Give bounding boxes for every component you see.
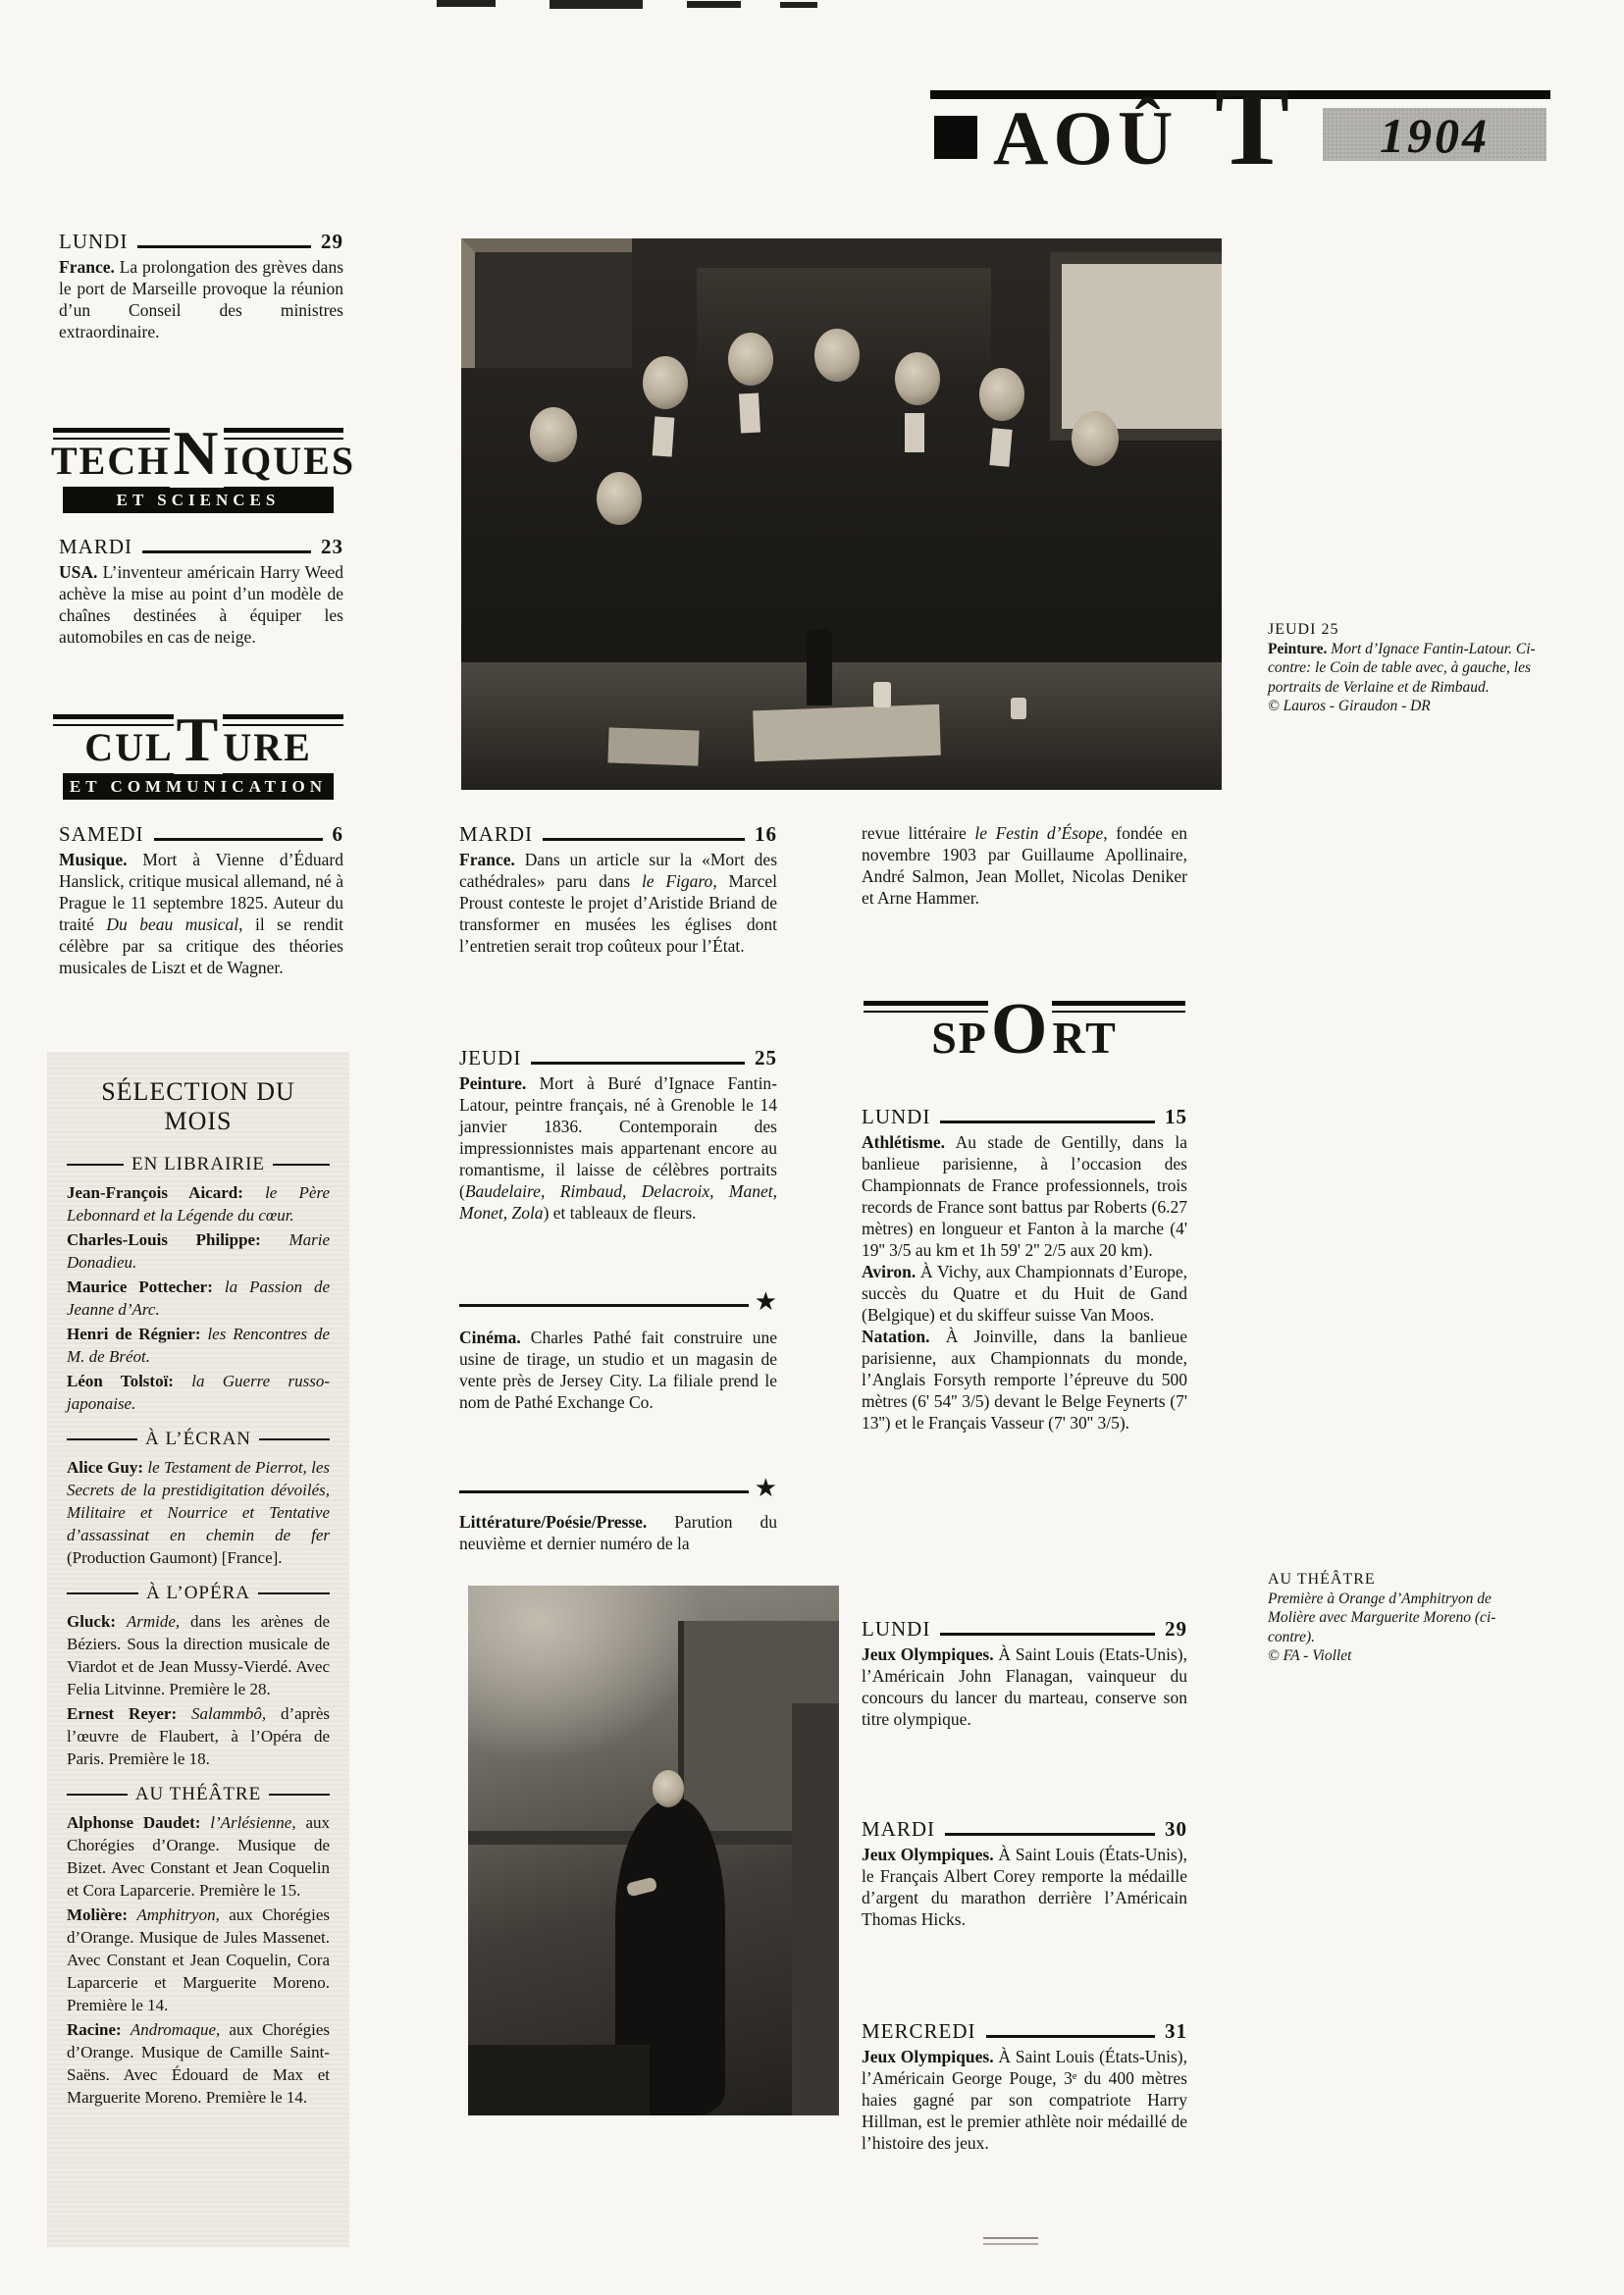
day-label: MARDI — [459, 822, 533, 846]
day-rule — [940, 1633, 1155, 1636]
entry-mardi-23: MARDI 23 USA. L’inventeur américain Harr… — [59, 535, 343, 648]
star-icon: ★ — [755, 1476, 777, 1501]
star-divider: ★ — [459, 1289, 777, 1315]
list-item: Henri de Régnier: les Rencontres de M. d… — [67, 1323, 330, 1368]
day-label: LUNDI — [862, 1105, 930, 1128]
photo-figure — [530, 407, 577, 462]
entry-header: SAMEDI 6 — [59, 822, 343, 846]
photo-figure — [1072, 411, 1119, 466]
entry-lundi-15: LUNDI 15 Athlétisme. Au stade de Gentill… — [862, 1105, 1187, 1434]
section-header-culture: CULTURE ET COMMUNICATION — [51, 697, 345, 800]
entry-text: Aviron. À Vichy, aux Championnats d’Euro… — [862, 1261, 1187, 1326]
day-number: 23 — [321, 535, 343, 558]
books-on-table — [753, 704, 941, 762]
scan-artifact — [437, 0, 496, 7]
shirt-front — [905, 413, 924, 452]
photo-figure — [643, 356, 688, 409]
entry-header: MARDI 16 — [459, 822, 777, 846]
subsection-header-ecran: À L’ÉCRAN — [67, 1429, 330, 1450]
entry-mardi-16: MARDI 16 France. Dans un article sur la … — [459, 822, 777, 957]
shirt-front — [739, 393, 760, 434]
list-item: Ernest Reyer: Salammbô, d’après l’œuvre … — [67, 1702, 330, 1770]
month-square-bullet — [934, 116, 977, 159]
photo-credit: © FA - Viollet — [1268, 1646, 1543, 1666]
list-item: Léon Tolstoï: la Guerre russo-japonaise. — [67, 1370, 330, 1415]
divider-rule — [459, 1490, 749, 1493]
bottle — [807, 629, 832, 705]
photo-amphitryon-orange — [468, 1586, 839, 2115]
day-rule — [531, 1062, 745, 1065]
entry-text: Littérature/Poésie/Presse. Parution du n… — [459, 1511, 777, 1554]
section-title: CULTURE — [51, 697, 345, 767]
entry-text: Natation. À Joinville, dans la banlieue … — [862, 1326, 1187, 1434]
day-rule — [940, 1121, 1155, 1123]
entry-mercredi-31: MERCREDI 31 Jeux Olympiques. À Saint Lou… — [862, 2019, 1187, 2154]
scan-artifact — [780, 2, 817, 8]
list-item: Racine: Andromaque, aux Chorégies d’Oran… — [67, 2018, 330, 2109]
section-title: TECHNIQUES — [51, 410, 345, 481]
year-badge: 1904 — [1323, 108, 1546, 161]
section-title: SPORT — [862, 983, 1187, 1061]
day-number: 16 — [755, 822, 777, 846]
day-label: MERCREDI — [862, 2019, 976, 2043]
section-subtitle-bar: ET SCIENCES — [63, 487, 334, 513]
entry-text: France. La prolongation des grèves dans … — [59, 256, 343, 342]
day-label: JEUDI — [459, 1046, 521, 1069]
entry-samedi-6: SAMEDI 6 Musique. Mort à Vienne d’Éduard… — [59, 822, 343, 978]
photo-figure — [895, 352, 940, 405]
day-rule — [154, 838, 323, 841]
day-number: 25 — [755, 1046, 777, 1069]
list-item: Maurice Pottecher: la Passion de Jeanne … — [67, 1276, 330, 1321]
selection-title: SÉLECTION DU MOIS — [67, 1077, 330, 1136]
day-rule — [945, 1833, 1155, 1836]
entry-header: MARDI 30 — [862, 1817, 1187, 1841]
photo-figure — [979, 368, 1024, 421]
month-title: AOÛ — [993, 100, 1178, 177]
day-label: LUNDI — [59, 230, 128, 253]
entry-text: Jeux Olympiques. À Saint Louis (Etats-Un… — [862, 1643, 1187, 1730]
caption-label: AU THÉÂTRE — [1268, 1570, 1543, 1590]
entry-header: LUNDI 15 — [862, 1105, 1187, 1128]
entry-header: MERCREDI 31 — [862, 2019, 1187, 2043]
entry-litterature-continuation: revue littéraire le Festin d’Ésope, fond… — [862, 822, 1187, 909]
list-item: Alphonse Daudet: l’Arlésienne, aux Choré… — [67, 1811, 330, 1902]
month-title-big-letter: T — [1215, 71, 1289, 183]
day-label: MARDI — [59, 535, 132, 558]
divider-rule — [459, 1304, 749, 1307]
papers-on-table — [607, 727, 699, 765]
photo-figure — [728, 333, 773, 386]
entry-text: Peinture. Mort à Buré d’Ignace Fantin-La… — [459, 1072, 777, 1224]
section-header-techniques: TECHNIQUES ET SCIENCES — [51, 410, 345, 513]
scan-artifact — [983, 2237, 1038, 2245]
day-number: 29 — [1165, 1617, 1187, 1641]
foreground-shadow — [468, 2045, 650, 2115]
selection-du-mois-box: SÉLECTION DU MOIS EN LIBRAIRIE Jean-Fran… — [47, 1052, 349, 2247]
day-number: 6 — [333, 822, 344, 846]
entry-text: Musique. Mort à Vienne d’Éduard Hanslick… — [59, 849, 343, 978]
day-rule — [137, 245, 311, 248]
entry-text: USA. L’inventeur américain Harry Weed ac… — [59, 561, 343, 648]
entry-litterature: Littérature/Poésie/Presse. Parution du n… — [459, 1511, 777, 1554]
day-label: SAMEDI — [59, 822, 144, 846]
day-rule — [986, 2035, 1155, 2038]
day-number: 31 — [1165, 2019, 1187, 2043]
caption-text: Peinture. Mort d’Ignace Fantin-Latour. C… — [1268, 640, 1543, 698]
star-icon: ★ — [755, 1289, 777, 1315]
actress-face — [653, 1770, 684, 1807]
day-label: MARDI — [862, 1817, 935, 1841]
caption-text: Première à Orange d’Amphitryon de Molièr… — [1268, 1590, 1543, 1647]
list-item: Charles-Louis Philippe: Marie Donadieu. — [67, 1228, 330, 1274]
entry-text: Athlétisme. Au stade de Gentilly, dans l… — [862, 1131, 1187, 1261]
sky-light — [468, 1586, 704, 1762]
star-divider: ★ — [459, 1476, 777, 1501]
shirt-front — [989, 428, 1012, 467]
entry-jeudi-25: JEUDI 25 Peinture. Mort à Buré d’Ignace … — [459, 1046, 777, 1224]
entry-text: France. Dans un article sur la «Mort des… — [459, 849, 777, 957]
entry-text: Cinéma. Charles Pathé fait construire un… — [459, 1327, 777, 1413]
light-wall-panel — [1050, 252, 1222, 441]
entry-header: JEUDI 25 — [459, 1046, 777, 1069]
glass — [1011, 698, 1026, 719]
photo-credit: © Lauros - Giraudon - DR — [1268, 697, 1543, 716]
entry-text: Jeux Olympiques. À Saint Louis (États-Un… — [862, 1844, 1187, 1930]
list-item: Gluck: Armide, dans les arènes de Bézier… — [67, 1610, 330, 1700]
stone-column — [792, 1703, 839, 2115]
entry-lundi-29-left: LUNDI 29 France. La prolongation des grè… — [59, 230, 343, 342]
day-label: LUNDI — [862, 1617, 930, 1641]
subsection-header-theatre: AU THÉÂTRE — [67, 1784, 330, 1805]
entry-text: revue littéraire le Festin d’Ésope, fond… — [862, 822, 1187, 909]
entry-header: LUNDI 29 — [862, 1617, 1187, 1641]
entry-lundi-29-right: LUNDI 29 Jeux Olympiques. À Saint Louis … — [862, 1617, 1187, 1730]
list-item: Jean-François Aicard: le Père Lebonnard … — [67, 1181, 330, 1226]
photo-figure — [597, 472, 642, 525]
day-number: 15 — [1165, 1105, 1187, 1128]
list-item: Molière: Amphitryon, aux Chorégies d’Ora… — [67, 1904, 330, 2016]
photo-figure — [814, 329, 860, 382]
entry-header: LUNDI 29 — [59, 230, 343, 253]
scan-artifact — [550, 0, 643, 9]
caption-au-theatre: AU THÉÂTRE Première à Orange d’Amphitryo… — [1268, 1570, 1543, 1666]
glass — [873, 682, 891, 707]
entry-text: Jeux Olympiques. À Saint Louis (États-Un… — [862, 2046, 1187, 2154]
caption-label: JEUDI 25 — [1268, 620, 1543, 640]
almanac-page-aout-1904: AOÛ T 1904 LUNDI 29 France. La prolongat… — [0, 0, 1624, 2295]
section-header-sport: SPORT — [862, 983, 1187, 1061]
day-rule — [142, 550, 311, 553]
subsection-header-librairie: EN LIBRAIRIE — [67, 1154, 330, 1175]
day-number: 29 — [321, 230, 343, 253]
scan-artifact — [687, 1, 741, 8]
section-subtitle-bar: ET COMMUNICATION — [63, 773, 334, 800]
entry-header: MARDI 23 — [59, 535, 343, 558]
entry-cinema: Cinéma. Charles Pathé fait construire un… — [459, 1327, 777, 1413]
shirt-front — [653, 416, 675, 456]
subsection-header-opera: À L’OPÉRA — [67, 1583, 330, 1604]
day-rule — [543, 838, 745, 841]
list-item: Alice Guy: le Testament de Pierrot, les … — [67, 1456, 330, 1569]
caption-jeudi-25: JEUDI 25 Peinture. Mort d’Ignace Fantin-… — [1268, 620, 1543, 716]
entry-mardi-30: MARDI 30 Jeux Olympiques. À Saint Louis … — [862, 1817, 1187, 1930]
photo-coin-de-table — [461, 238, 1222, 790]
picture-frame-corner — [461, 238, 632, 368]
day-number: 30 — [1165, 1817, 1187, 1841]
